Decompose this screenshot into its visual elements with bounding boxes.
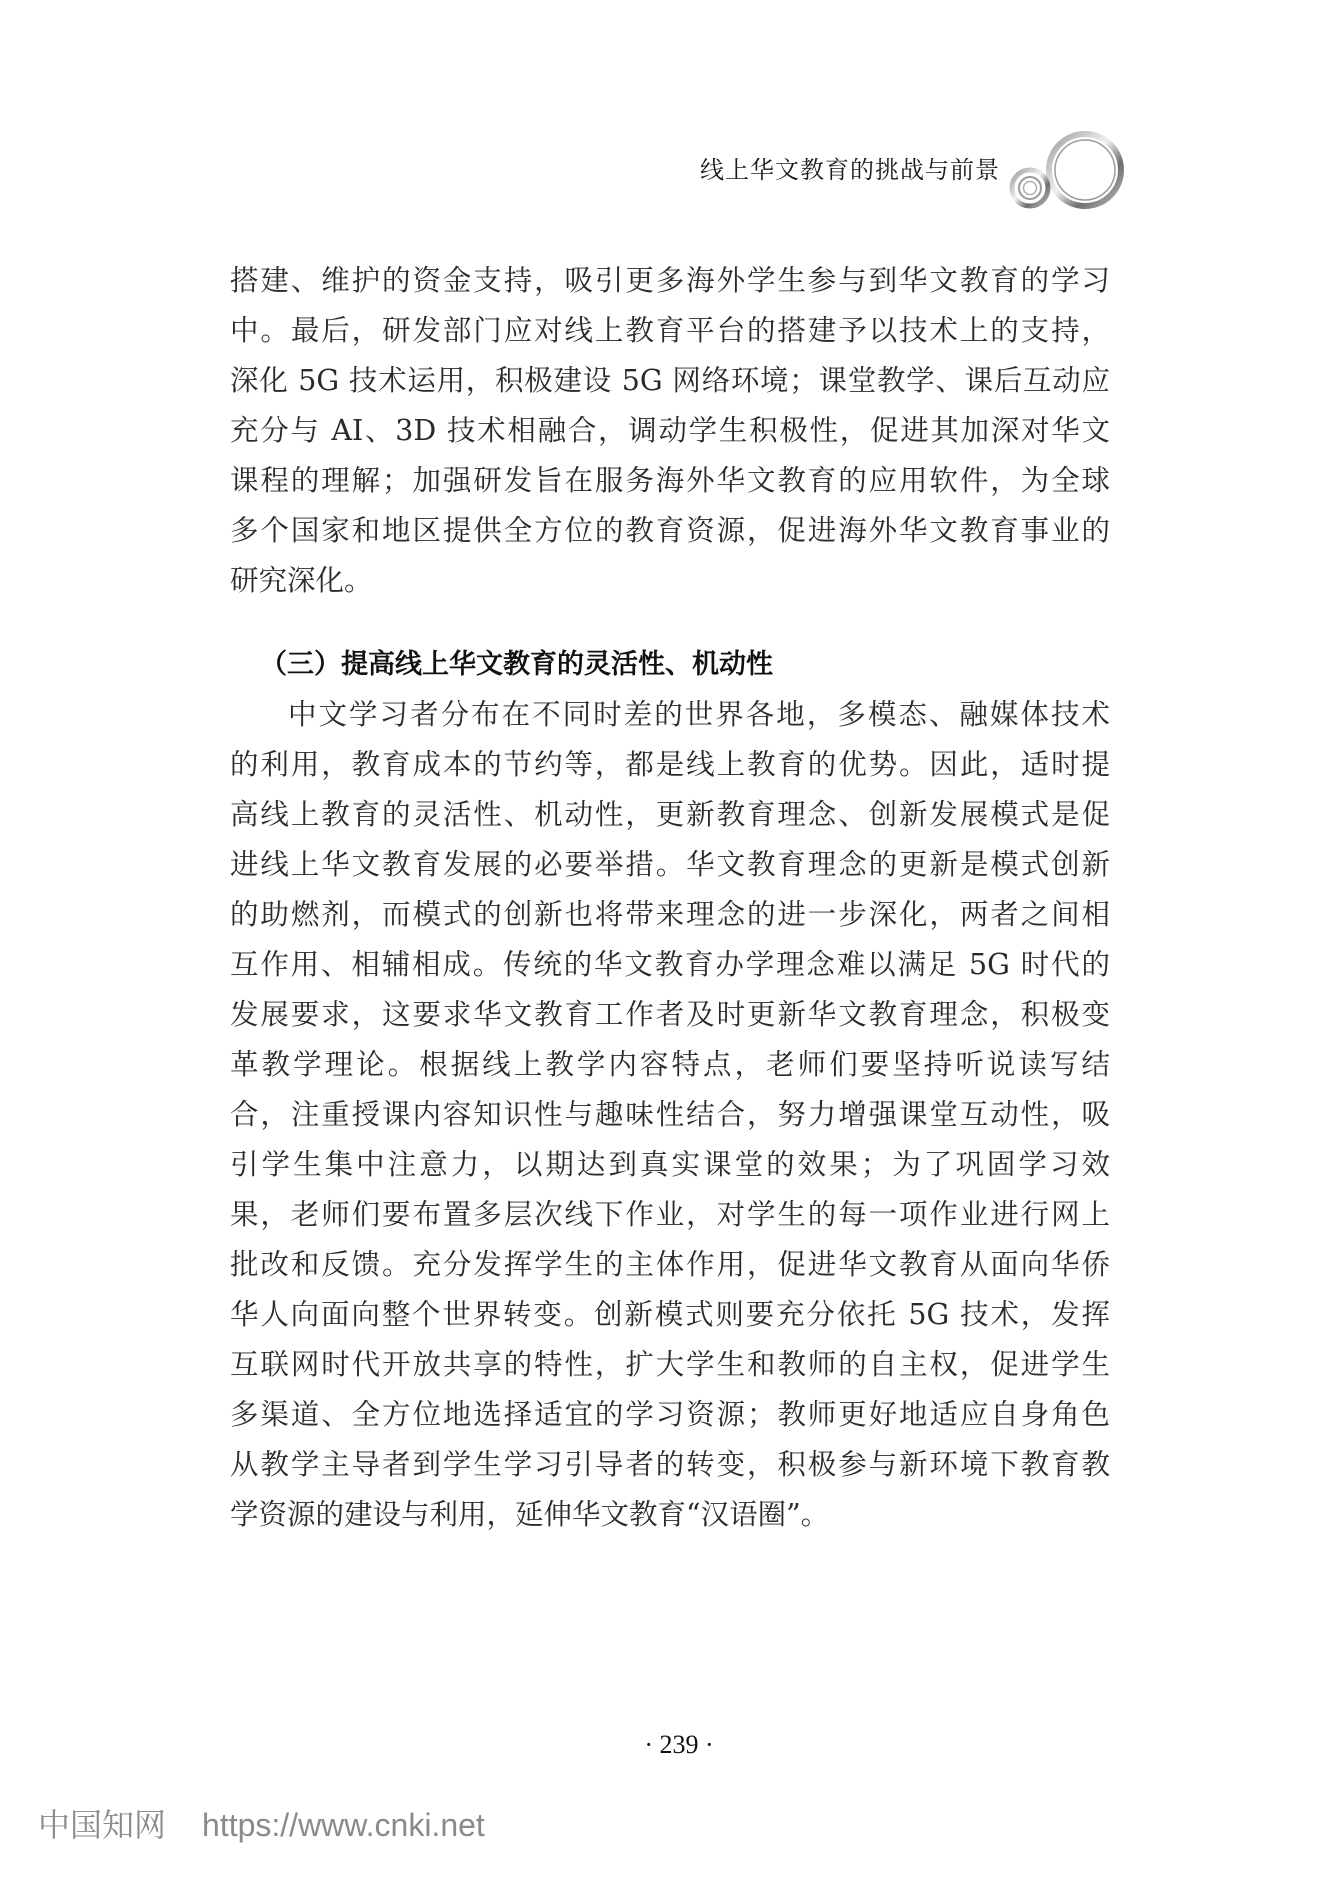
- text-line: 进线上华文教育发展的必要举措。华文教育理念的更新是模式创新: [230, 840, 1110, 890]
- text-line: 批改和反馈。充分发挥学生的主体作用，促进华文教育从面向华侨: [230, 1240, 1110, 1290]
- text-line: 研究深化。: [230, 556, 1110, 606]
- watermark-url: https://www.cnki.net: [202, 1807, 485, 1843]
- text-line: 中。最后，研发部门应对线上教育平台的搭建予以技术上的支持，: [230, 306, 1110, 356]
- text-line: 互联网时代开放共享的特性，扩大学生和教师的自主权，促进学生: [230, 1340, 1110, 1390]
- text-line: 深化 5G 技术运用，积极建设 5G 网络环境；课堂教学、课后互动应: [230, 356, 1110, 406]
- text-line: 互作用、相辅相成。传统的华文教育办学理念难以满足 5G 时代的: [230, 940, 1110, 990]
- text-line: 多渠道、全方位地选择适宜的学习资源；教师更好地适应自身角色: [230, 1390, 1110, 1440]
- text-line: 发展要求，这要求华文教育工作者及时更新华文教育理念，积极变: [230, 990, 1110, 1040]
- paragraph-gap: [230, 606, 1110, 640]
- watermark-site-name: 中国知网: [38, 1806, 166, 1844]
- double-ring-icon: [1000, 128, 1140, 218]
- text-line: 的助燃剂，而模式的创新也将带来理念的进一步深化，两者之间相: [230, 890, 1110, 940]
- text-line: 果，老师们要布置多层次线下作业，对学生的每一项作业进行网上: [230, 1190, 1110, 1240]
- text-line: 华人向面向整个世界转变。创新模式则要充分依托 5G 技术，发挥: [230, 1290, 1110, 1340]
- text-line: 从教学主导者到学生学习引导者的转变，积极参与新环境下教育教: [230, 1440, 1110, 1490]
- text-line: 搭建、维护的资金支持，吸引更多海外学生参与到华文教育的学习: [230, 256, 1110, 306]
- page-number: · 239 ·: [0, 1730, 1338, 1760]
- text-line: 高线上教育的灵活性、机动性，更新教育理念、创新发展模式是促: [230, 790, 1110, 840]
- text-line: 充分与 AI、3D 技术相融合，调动学生积极性，促进其加深对华文: [230, 406, 1110, 456]
- body-text: 搭建、维护的资金支持，吸引更多海外学生参与到华文教育的学习 中。最后，研发部门应…: [230, 256, 1110, 1540]
- text-line: 引学生集中注意力，以期达到真实课堂的效果；为了巩固学习效: [230, 1140, 1110, 1190]
- watermark: 中国知网https://www.cnki.net: [38, 1800, 485, 1846]
- text-line: 学资源的建设与利用，延伸华文教育“汉语圈”。: [230, 1490, 1110, 1540]
- running-header: 线上华文教育的挑战与前景: [0, 150, 1000, 185]
- text-line: 的利用，教育成本的节约等，都是线上教育的优势。因此，适时提: [230, 740, 1110, 790]
- text-line: 多个国家和地区提供全方位的教育资源，促进海外华文教育事业的: [230, 506, 1110, 556]
- section-heading: （三）提高线上华文教育的灵活性、机动性: [230, 640, 1110, 690]
- text-line: 革教学理论。根据线上教学内容特点，老师们要坚持听说读写结: [230, 1040, 1110, 1090]
- text-line: 课程的理解；加强研发旨在服务海外华文教育的应用软件，为全球: [230, 456, 1110, 506]
- text-line: 合，注重授课内容知识性与趣味性结合，努力增强课堂互动性，吸: [230, 1090, 1110, 1140]
- text-line: 中文学习者分布在不同时差的世界各地，多模态、融媒体技术: [230, 690, 1110, 740]
